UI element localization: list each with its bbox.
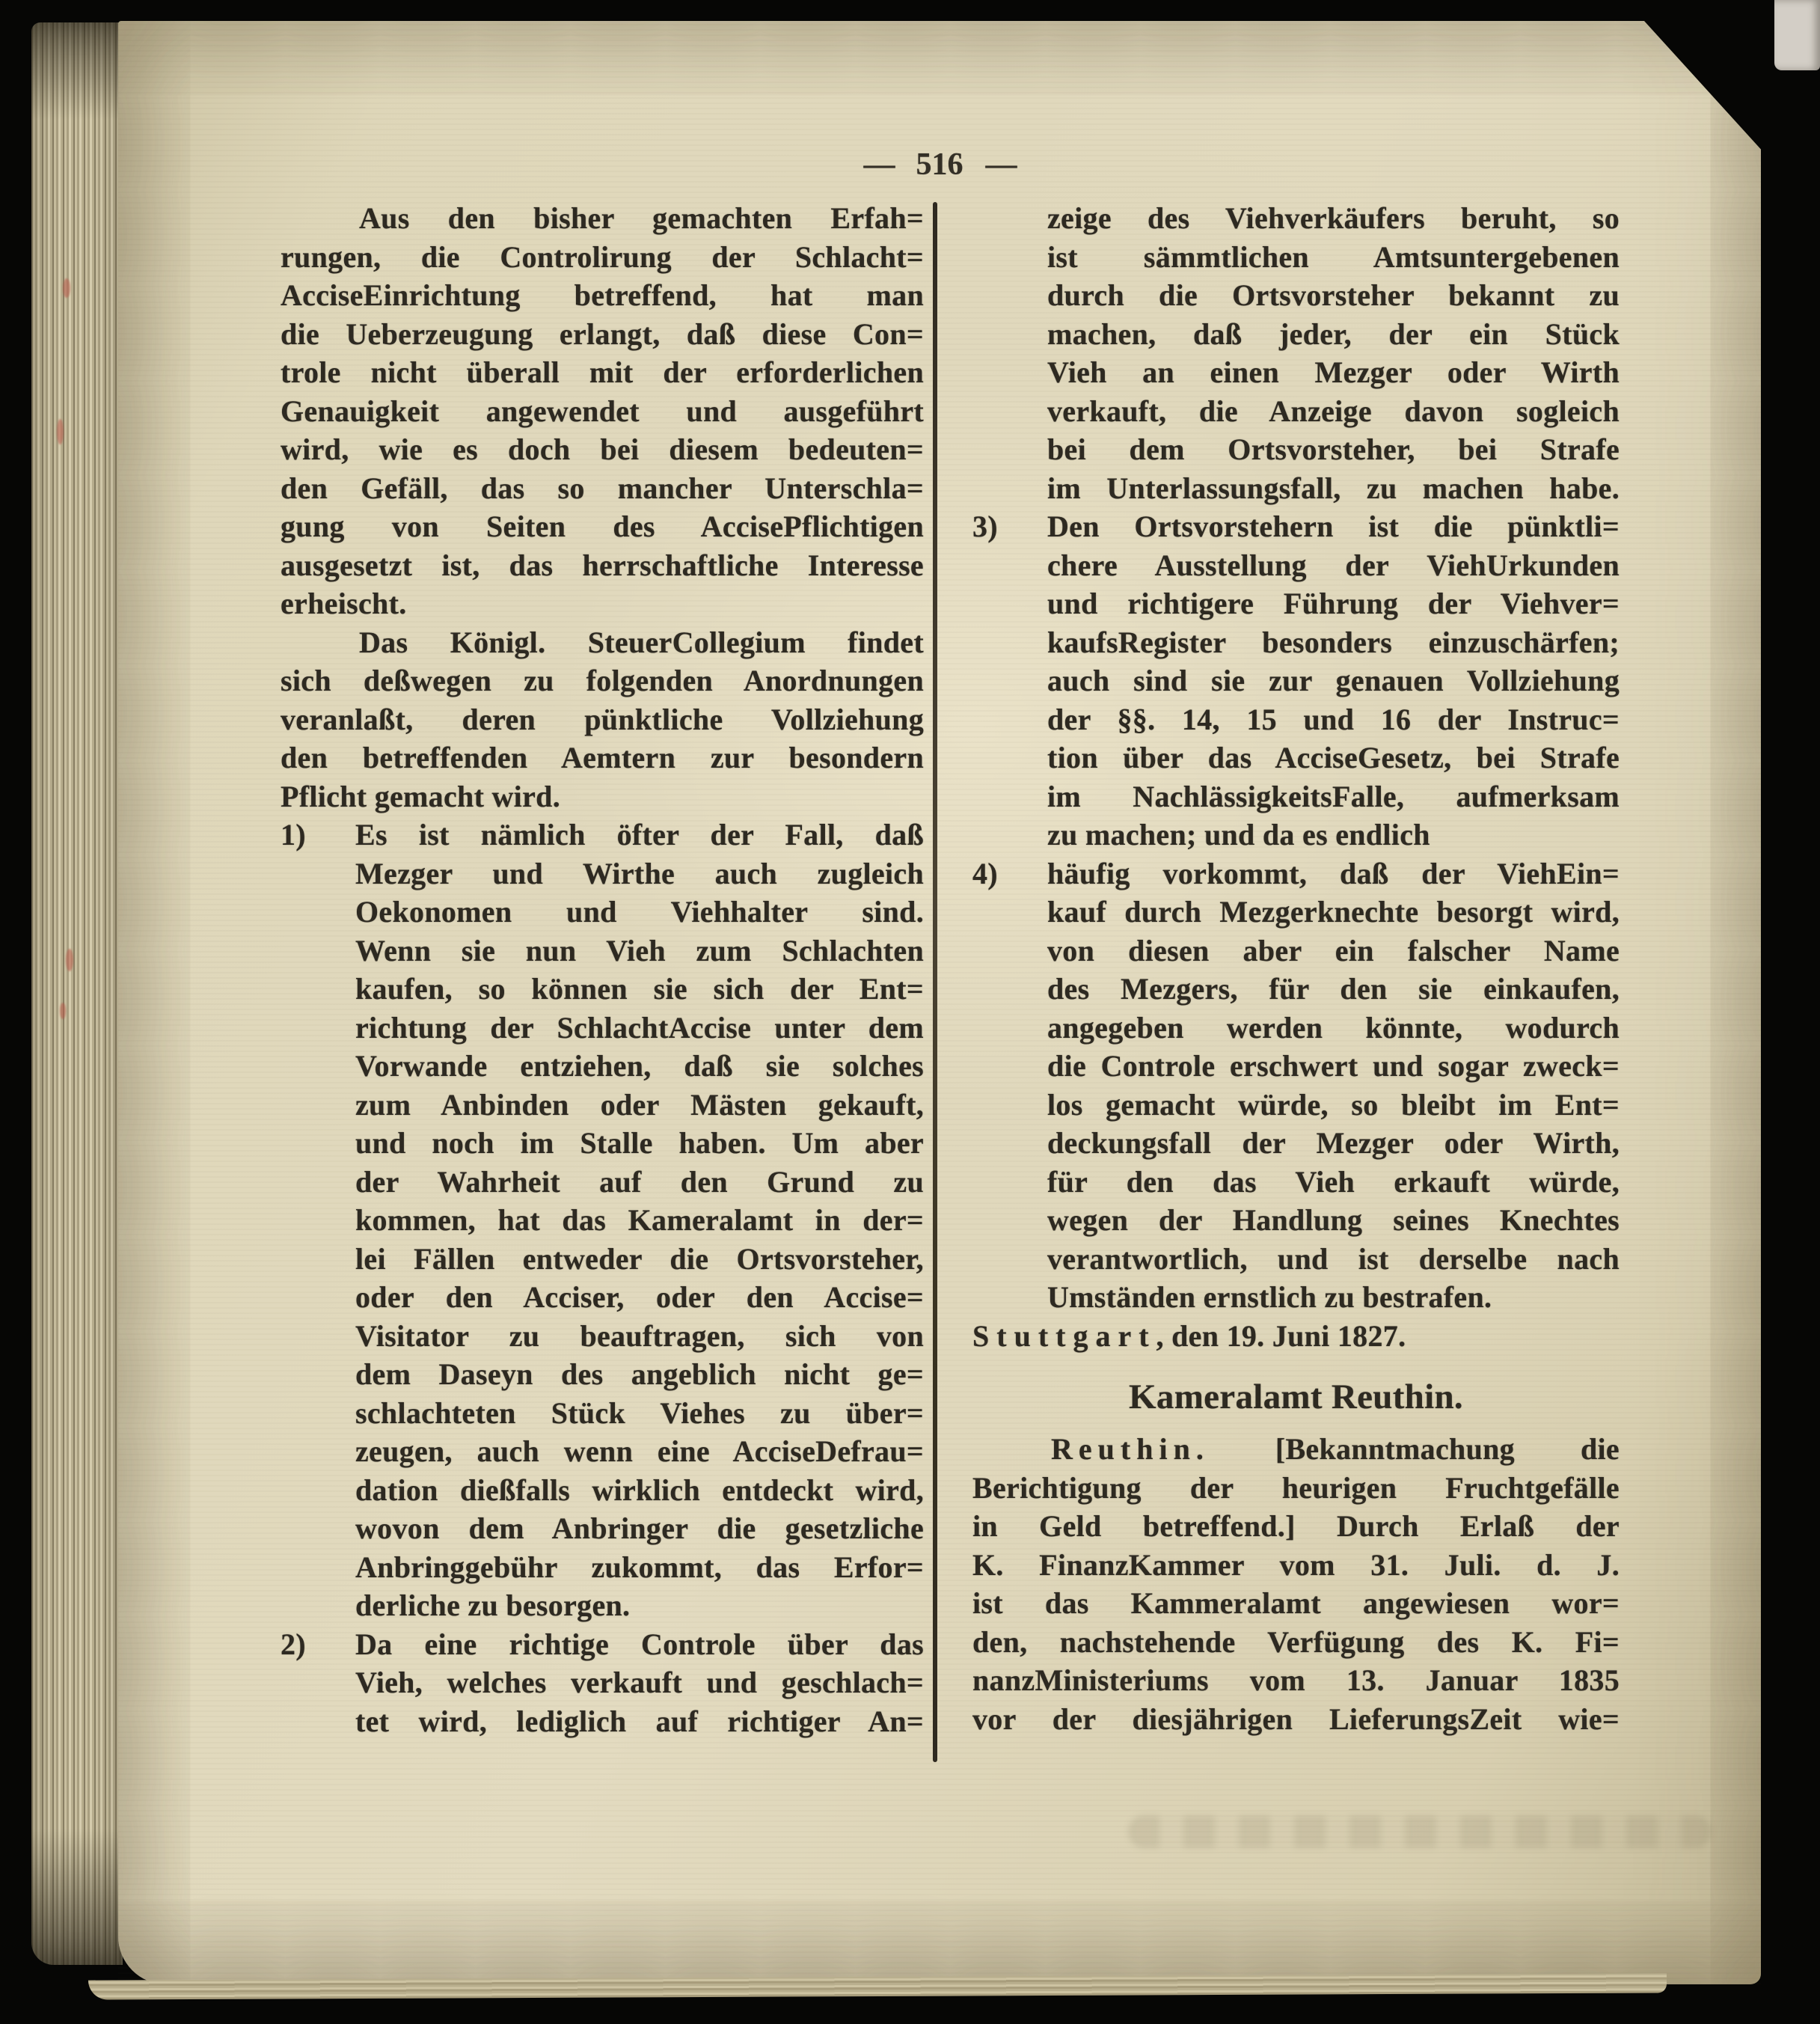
text-line: zeige des Viehverkäufers beruht, so	[1047, 199, 1620, 238]
text-line: oder den Acciser, oder den Accise=	[355, 1278, 924, 1317]
text-line: zeugen, auch wenn eine AcciseDefrau=	[355, 1432, 924, 1471]
text-line: vor der diesjährigen LieferungsZeit wie=	[972, 1700, 1620, 1739]
line-rest: , den 19. Juni 1827.	[1156, 1319, 1406, 1353]
section-heading: Kameralamt Reuthin.	[972, 1376, 1620, 1418]
text-line: den Gefäll, das so mancher Unterschla=	[281, 469, 924, 508]
continuation: zeige des Viehverkäufers beruht, soist s…	[972, 199, 1620, 507]
text-line: wegen der Handlung seines Knechtes	[1047, 1201, 1620, 1240]
list-item: 4)häufig vorkommt, daß der ViehEin=kauf …	[972, 854, 1620, 1317]
column-divider	[933, 202, 937, 1762]
page-edge-stack	[31, 22, 123, 1965]
paragraph: Reuthin. [Bekanntmachung dieBerichtigung…	[972, 1430, 1620, 1738]
item-marker: 4)	[972, 854, 1044, 893]
text-line: dem Daseyn des angeblich nicht ge=	[355, 1355, 924, 1394]
text-line: Pflicht gemacht wird.	[281, 777, 924, 816]
text-line: von diesen aber ein falscher Name	[1047, 932, 1620, 970]
text-line: ausgesetzt ist, das herrschaftliche Inte…	[281, 546, 924, 585]
text-line: Genauigkeit angewendet und ausgeführt	[281, 392, 924, 431]
text-line: Aus den bisher gemachten Erfah=	[281, 199, 924, 238]
text-line: im NachlässigkeitsFalle, aufmerksam	[1047, 777, 1620, 816]
paragraph: Das Königl. SteuerCollegium findetsich d…	[281, 623, 924, 816]
text-line: rungen, die Controlirung der Schlacht=	[281, 238, 924, 277]
text-line: Da eine richtige Controle über das	[355, 1625, 924, 1664]
text-line: bei dem Ortsvorsteher, bei Strafe	[1047, 430, 1620, 469]
text-line: Reuthin. [Bekanntmachung die	[972, 1430, 1620, 1469]
item-marker: 3)	[972, 507, 1044, 546]
text-line: auch sind sie zur genauen Vollziehung	[1047, 661, 1620, 700]
text-line: die Controle erschwert und sogar zweck=	[1047, 1047, 1620, 1086]
text-line: AcciseEinrichtung betreffend, hat man	[281, 276, 924, 315]
text-line: trole nicht überall mit der erforderlich…	[281, 353, 924, 392]
text-line: lei Fällen entweder die Ortsvorsteher,	[355, 1240, 924, 1279]
text-line: richtung der SchlachtAccise unter dem	[355, 1009, 924, 1048]
list-item: 3)Den Ortsvorstehern ist die pünktli=che…	[972, 507, 1620, 854]
text-line: kommen, hat das Kameralamt in der=	[355, 1201, 924, 1240]
text-line: die Ueberzeugung erlangt, daß diese Con=	[281, 315, 924, 354]
text-line: nanzMinisteriums vom 13. Januar 1835	[972, 1661, 1620, 1700]
text-line: Mezger und Wirthe auch zugleich	[355, 854, 924, 893]
left-column: Aus den bisher gemachten Erfah=rungen, d…	[281, 199, 924, 1740]
text-line: schlachteten Stück Viehes zu über=	[355, 1394, 924, 1433]
spaced-word: Stuttgart	[972, 1319, 1156, 1353]
text-line: verkauft, die Anzeige davon sogleich	[1047, 392, 1620, 431]
text-line: Wenn sie nun Vieh zum Schlachten	[355, 932, 924, 970]
text-line: Den Ortsvorstehern ist die pünktli=	[1047, 507, 1620, 546]
right-column: zeige des Viehverkäufers beruht, soist s…	[972, 199, 1620, 1738]
text-line: Visitator zu beauftragen, sich von	[355, 1317, 924, 1356]
text-line: gung von Seiten des AccisePflichtigen	[281, 507, 924, 546]
red-edge-mark	[63, 278, 70, 298]
text-line: den, nachstehende Verfügung des K. Fi=	[972, 1623, 1620, 1662]
red-edge-mark	[66, 949, 73, 971]
text-line: wovon dem Anbringer die gesetzliche	[355, 1509, 924, 1548]
text-line: sich deßwegen zu folgenden Anordnungen	[281, 661, 924, 700]
paragraph: Aus den bisher gemachten Erfah=rungen, d…	[281, 199, 924, 623]
text-line: der Wahrheit auf den Grund zu	[355, 1163, 924, 1202]
list-item: 1)Es ist nämlich öfter der Fall, daßMezg…	[281, 816, 924, 1625]
text-line: Vorwande entziehen, daß sie solches	[355, 1047, 924, 1086]
text-line: Vieh an einen Mezger oder Wirth	[1047, 353, 1620, 392]
text-line: machen, daß jeder, der ein Stück	[1047, 315, 1620, 354]
text-line: erheischt.	[281, 584, 924, 623]
text-line: Umständen ernstlich zu bestrafen.	[1047, 1278, 1620, 1317]
text-line: wird, wie es doch bei diesem bedeuten=	[281, 430, 924, 469]
text-line: tet wird, lediglich auf richtiger An=	[355, 1702, 924, 1741]
text-line: und richtigere Führung der Viehver=	[1047, 584, 1620, 623]
text-line: zum Anbinden oder Mästen gekauft,	[355, 1086, 924, 1125]
text-line: ist das Kammeralamt angewiesen wor=	[972, 1584, 1620, 1623]
text-line: der §§. 14, 15 und 16 der Instruc=	[1047, 700, 1620, 739]
text-line: des Mezgers, für den sie einkaufen,	[1047, 970, 1620, 1009]
text-line: chere Ausstellung der ViehUrkunden	[1047, 546, 1620, 585]
text-columns: Aus den bisher gemachten Erfah=rungen, d…	[118, 199, 1761, 1762]
red-edge-mark	[57, 419, 64, 444]
text-line: Oekonomen und Viehhalter sind.	[355, 893, 924, 932]
text-line: zu machen; und da es endlich	[1047, 816, 1620, 854]
text-line: los gemacht würde, so bleibt im Ent=	[1047, 1086, 1620, 1125]
text-line: in Geld betreffend.] Durch Erlaß der	[972, 1507, 1620, 1546]
text-line: den betreffenden Aemtern zur besondern	[281, 739, 924, 777]
book-scan: —516— Aus den bisher gemachten Erfah=run…	[0, 0, 1820, 2024]
item-marker: 1)	[281, 816, 352, 854]
text-line: deckungsfall der Mezger oder Wirth,	[1047, 1124, 1620, 1163]
item-marker: 2)	[281, 1625, 352, 1664]
page-number: 516	[916, 147, 963, 182]
text-line: Vieh, welches verkauft und geschlach=	[355, 1663, 924, 1702]
text-line: Anbringgebühr zukommt, das Erfor=	[355, 1548, 924, 1587]
book-page: —516— Aus den bisher gemachten Erfah=run…	[118, 21, 1761, 1984]
text-line: kaufsRegister besonders einzuschärfen;	[1047, 623, 1620, 662]
text-line: Es ist nämlich öfter der Fall, daß	[355, 816, 924, 854]
text-line: K. FinanzKammer vom 31. Juli. d. J.	[972, 1546, 1620, 1585]
page-number-dash-right: —	[986, 147, 1016, 182]
red-edge-mark	[60, 1003, 66, 1019]
text-line: ist sämmtlichen Amtsuntergebenen	[1047, 238, 1620, 277]
dateline: Stuttgart, den 19. Juni 1827.	[972, 1317, 1620, 1356]
text-line: angegeben werden könnte, wodurch	[1047, 1009, 1620, 1048]
text-line: Berichtigung der heurigen Fruchtgefälle	[972, 1469, 1620, 1508]
line-rest: [Bekanntmachung die	[1210, 1432, 1620, 1466]
bleedthrough-smudge	[1128, 1815, 1712, 1848]
list-item: 2)Da eine richtige Controle über dasVieh…	[281, 1625, 924, 1741]
text-line: derliche zu besorgen.	[355, 1586, 924, 1625]
text-line: häufig vorkommt, daß der ViehEin=	[1047, 854, 1620, 893]
text-line: veranlaßt, deren pünktliche Vollziehung	[281, 700, 924, 739]
text-line: tion über das AcciseGesetz, bei Strafe	[1047, 739, 1620, 777]
text-line: verantwortlich, und ist derselbe nach	[1047, 1240, 1620, 1279]
text-line: für den das Vieh erkauft würde,	[1047, 1163, 1620, 1202]
text-line: durch die Ortsvorsteher bekannt zu	[1047, 276, 1620, 315]
page-number-row: —516—	[118, 147, 1761, 187]
text-line: und noch im Stalle haben. Um aber	[355, 1124, 924, 1163]
text-line: kaufen, so können sie sich der Ent=	[355, 970, 924, 1009]
text-line: Das Königl. SteuerCollegium findet	[281, 623, 924, 662]
text-line: kauf durch Mezgerknechte besorgt wird,	[1047, 893, 1620, 932]
text-line: dation dießfalls wirklich entdeckt wird,	[355, 1471, 924, 1510]
text-line: im Unterlassungsfall, zu machen habe.	[1047, 469, 1620, 508]
spaced-word: Reuthin.	[1051, 1432, 1210, 1466]
next-page-edge	[1774, 0, 1820, 70]
page-number-dash-left: —	[864, 147, 894, 182]
